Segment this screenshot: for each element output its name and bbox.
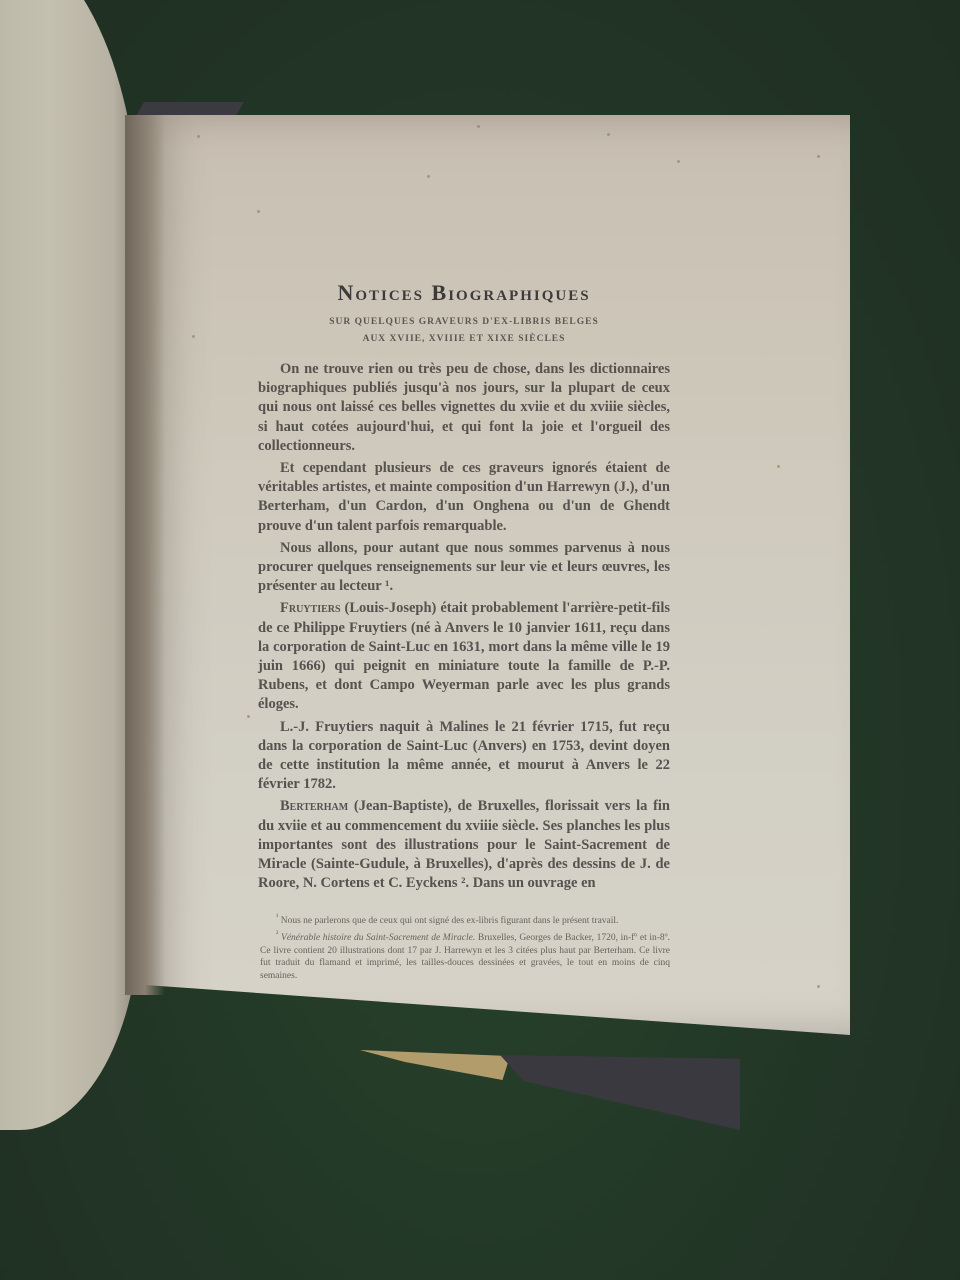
foxing-spot	[387, 1015, 390, 1018]
paragraph-fruytiers: Fruytiers (Louis-Joseph) était probablem…	[258, 599, 670, 714]
foxing-spot	[817, 985, 820, 988]
subtitle-line-1: sur quelques graveurs d'ex-libris belges	[258, 314, 670, 331]
foxing-spot	[257, 210, 260, 213]
foxing-spot	[677, 160, 680, 163]
entry-name: Fruytiers	[280, 600, 341, 616]
paragraph: On ne trouve rien ou très peu de chose, …	[258, 360, 670, 456]
underlying-book-board	[500, 1055, 740, 1130]
foxing-spot	[192, 335, 195, 338]
foxing-spot	[247, 715, 250, 718]
foxing-spot	[607, 133, 610, 136]
subtitle: sur quelques graveurs d'ex-libris belges…	[258, 314, 670, 348]
footnotes: ¹ Nous ne parlerons que de ceux qui ont …	[258, 911, 670, 982]
footnote-1: ¹ Nous ne parlerons que de ceux qui ont …	[260, 911, 670, 928]
footnote-2: ² Vénérable histoire du Saint-Sacrement …	[260, 928, 670, 982]
entry-name: Berterham	[280, 798, 348, 814]
underlying-paper	[360, 1050, 510, 1080]
foxing-spot	[777, 465, 780, 468]
book-cover-edge	[136, 102, 244, 116]
left-page-curl	[0, 0, 140, 1130]
subtitle-line-2: aux XVIIe, XVIIIe et XIXe siècles	[258, 331, 670, 348]
page-title: Notices Biographiques	[258, 280, 670, 306]
paragraph: L.-J. Fruytiers naquit à Malines le 21 f…	[258, 718, 670, 795]
paragraph: Et cependant plusieurs de ces graveurs i…	[258, 459, 670, 536]
foxing-spot	[427, 175, 430, 178]
foxing-spot	[197, 135, 200, 138]
body-text: On ne trouve rien ou très peu de chose, …	[258, 360, 670, 893]
paragraph: Nous allons, pour autant que nous sommes…	[258, 539, 670, 597]
foxing-spot	[817, 155, 820, 158]
foxing-spot	[477, 125, 480, 128]
gutter-shadow	[125, 115, 165, 995]
paragraph-berterham: Berterham (Jean-Baptiste), de Bruxelles,…	[258, 797, 670, 893]
page-content: Notices Biographiques sur quelques grave…	[258, 280, 670, 982]
